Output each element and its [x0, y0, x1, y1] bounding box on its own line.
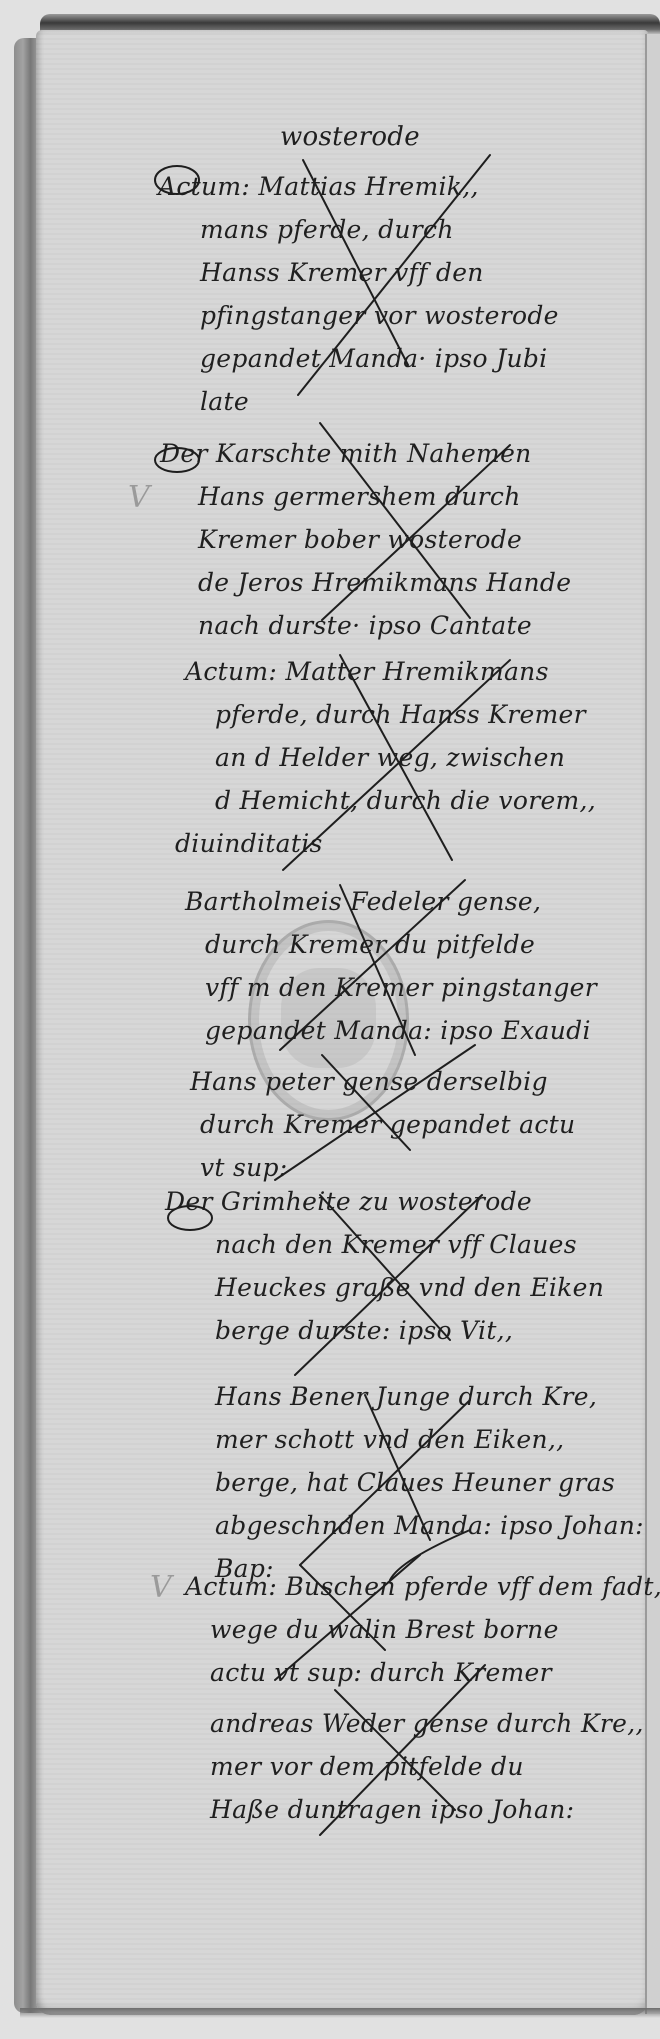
entry-line: Der Karschte mith Nahemen	[160, 432, 571, 475]
entry-line: Hanss Kremer vff den	[200, 251, 559, 294]
entry-line: an d Helder weg, zwischen	[215, 736, 596, 779]
entry-2: Der Karschte mith Nahemen Hans germershe…	[160, 432, 571, 647]
entry-6: Der Grimheite zu wosterode nach den Krem…	[165, 1180, 604, 1352]
entry-line: andreas Weder gense durch Kre,,	[210, 1702, 660, 1745]
entry-line: mans pferde, durch	[200, 208, 559, 251]
entry-line: nach durste· ipso Cantate	[198, 604, 571, 647]
entry-line: abgeschnden Manda: ipso Johan:	[215, 1504, 644, 1547]
bottom-page-shadow	[20, 2008, 660, 2018]
entry-1: Actum: Mattias Hremik,, mans pferde, dur…	[158, 165, 559, 423]
entry-line: Heuckes graße vnd den Eiken	[215, 1266, 604, 1309]
entry-line: d Hemicht, durch die vorem,,	[215, 779, 596, 822]
entry-line: pferde, durch Hanss Kremer	[215, 693, 596, 736]
entry-line: actu vt sup: durch Kremer	[210, 1651, 660, 1694]
entry-line: durch Kremer du pitfelde	[205, 923, 597, 966]
margin-check-mark: V	[150, 1570, 172, 1605]
entry-line: berge, hat Claues Heuner gras	[215, 1461, 644, 1504]
entry-line: Actum: Buschen pferde vff dem fadt,	[185, 1565, 660, 1608]
entry-line: mer vor dem pitfelde du	[210, 1745, 660, 1788]
entry-line: late	[200, 380, 559, 423]
entry-line: Kremer bober wosterode	[198, 518, 571, 561]
entry-line: de Jeros Hremikmans Hande	[198, 561, 571, 604]
entry-line: diuinditatis	[175, 822, 596, 865]
entry-line: Hans Bener Junge durch Kre,	[215, 1375, 644, 1418]
entry-line: Hans germershem durch	[198, 475, 571, 518]
entry-8: Actum: Buschen pferde vff dem fadt, wege…	[185, 1565, 660, 1831]
entry-line: Actum: Mattias Hremik,,	[158, 165, 559, 208]
entry-line: gepandet Manda: ipso Exaudi	[205, 1009, 597, 1052]
entry-line: gepandet Manda· ipso Jubi	[200, 337, 559, 380]
entry-line: Bartholmeis Fedeler gense,	[185, 880, 597, 923]
bleed-through-text	[70, 450, 77, 486]
entry-line: vff m den Kremer pingstanger	[205, 966, 597, 1009]
entry-line: berge durste: ipso Vit,,	[215, 1309, 604, 1352]
entry-line: Haße duntragen ipso Johan:	[210, 1788, 660, 1831]
entry-5: Hans peter gense derselbig durch Kremer …	[190, 1060, 575, 1189]
entry-line: pfingstanger vor wosterode	[200, 294, 559, 337]
entry-3: Actum: Matter Hremikmans pferde, durch H…	[185, 650, 596, 865]
entry-line: Der Grimheite zu wosterode	[165, 1180, 604, 1223]
entry-4: Bartholmeis Fedeler gense, durch Kremer …	[185, 880, 597, 1052]
entry-line: Hans peter gense derselbig	[190, 1060, 575, 1103]
page-heading: wosterode	[280, 116, 420, 159]
entry-line: durch Kremer gepandet actu	[200, 1103, 575, 1146]
entry-7: Hans Bener Junge durch Kre, mer schott v…	[215, 1375, 644, 1590]
entry-line: nach den Kremer vff Claues	[215, 1223, 604, 1266]
margin-check-mark: V	[128, 480, 150, 515]
entry-line: Actum: Matter Hremikmans	[185, 650, 596, 693]
entry-line: mer schott vnd den Eiken,,	[215, 1418, 644, 1461]
entry-line: wege du walin Brest borne	[210, 1608, 660, 1651]
